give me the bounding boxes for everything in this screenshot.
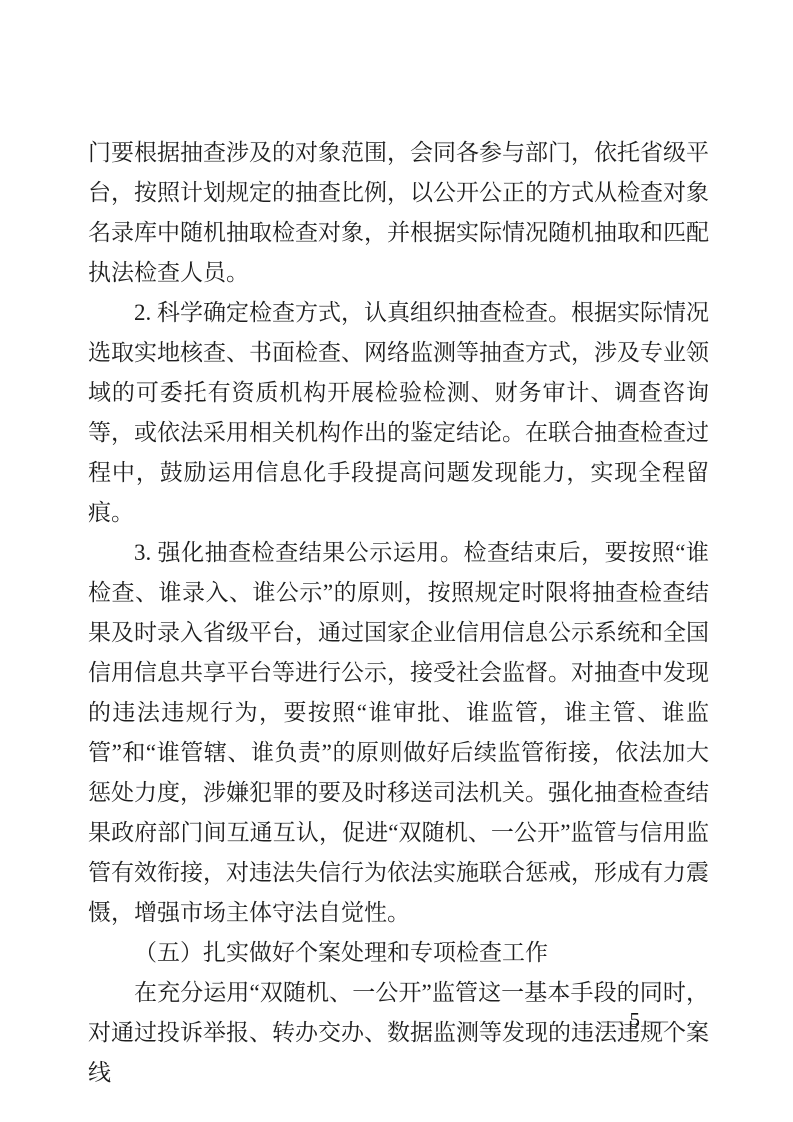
page-number: —5— [595, 1006, 676, 1034]
paragraph-continuation: 门要根据抽查涉及的对象范围，会同各参与部门，依托省级平台，按照计划规定的抽查比例… [88, 133, 709, 293]
section-heading-five: （五）扎实做好个案处理和专项检查工作 [88, 933, 709, 973]
page-number-value: 5 [630, 1008, 641, 1032]
document-page: 门要根据抽查涉及的对象范围，会同各参与部门，依托省级平台，按照计划规定的抽查比例… [0, 0, 793, 1122]
page-number-dash-right: — [640, 1008, 675, 1032]
page-number-dash-left: — [595, 1008, 630, 1032]
paragraph-numbered-item-2: 2. 科学确定检查方式，认真组织抽查检查。根据实际情况选取实地核查、书面检查、网… [88, 293, 709, 533]
paragraph-numbered-item-3: 3. 强化抽查检查结果公示运用。检查结束后，要按照“谁检查、谁录入、谁公示”的原… [88, 533, 709, 933]
document-body: 门要根据抽查涉及的对象范围，会同各参与部门，依托省级平台，按照计划规定的抽查比例… [88, 133, 709, 1093]
